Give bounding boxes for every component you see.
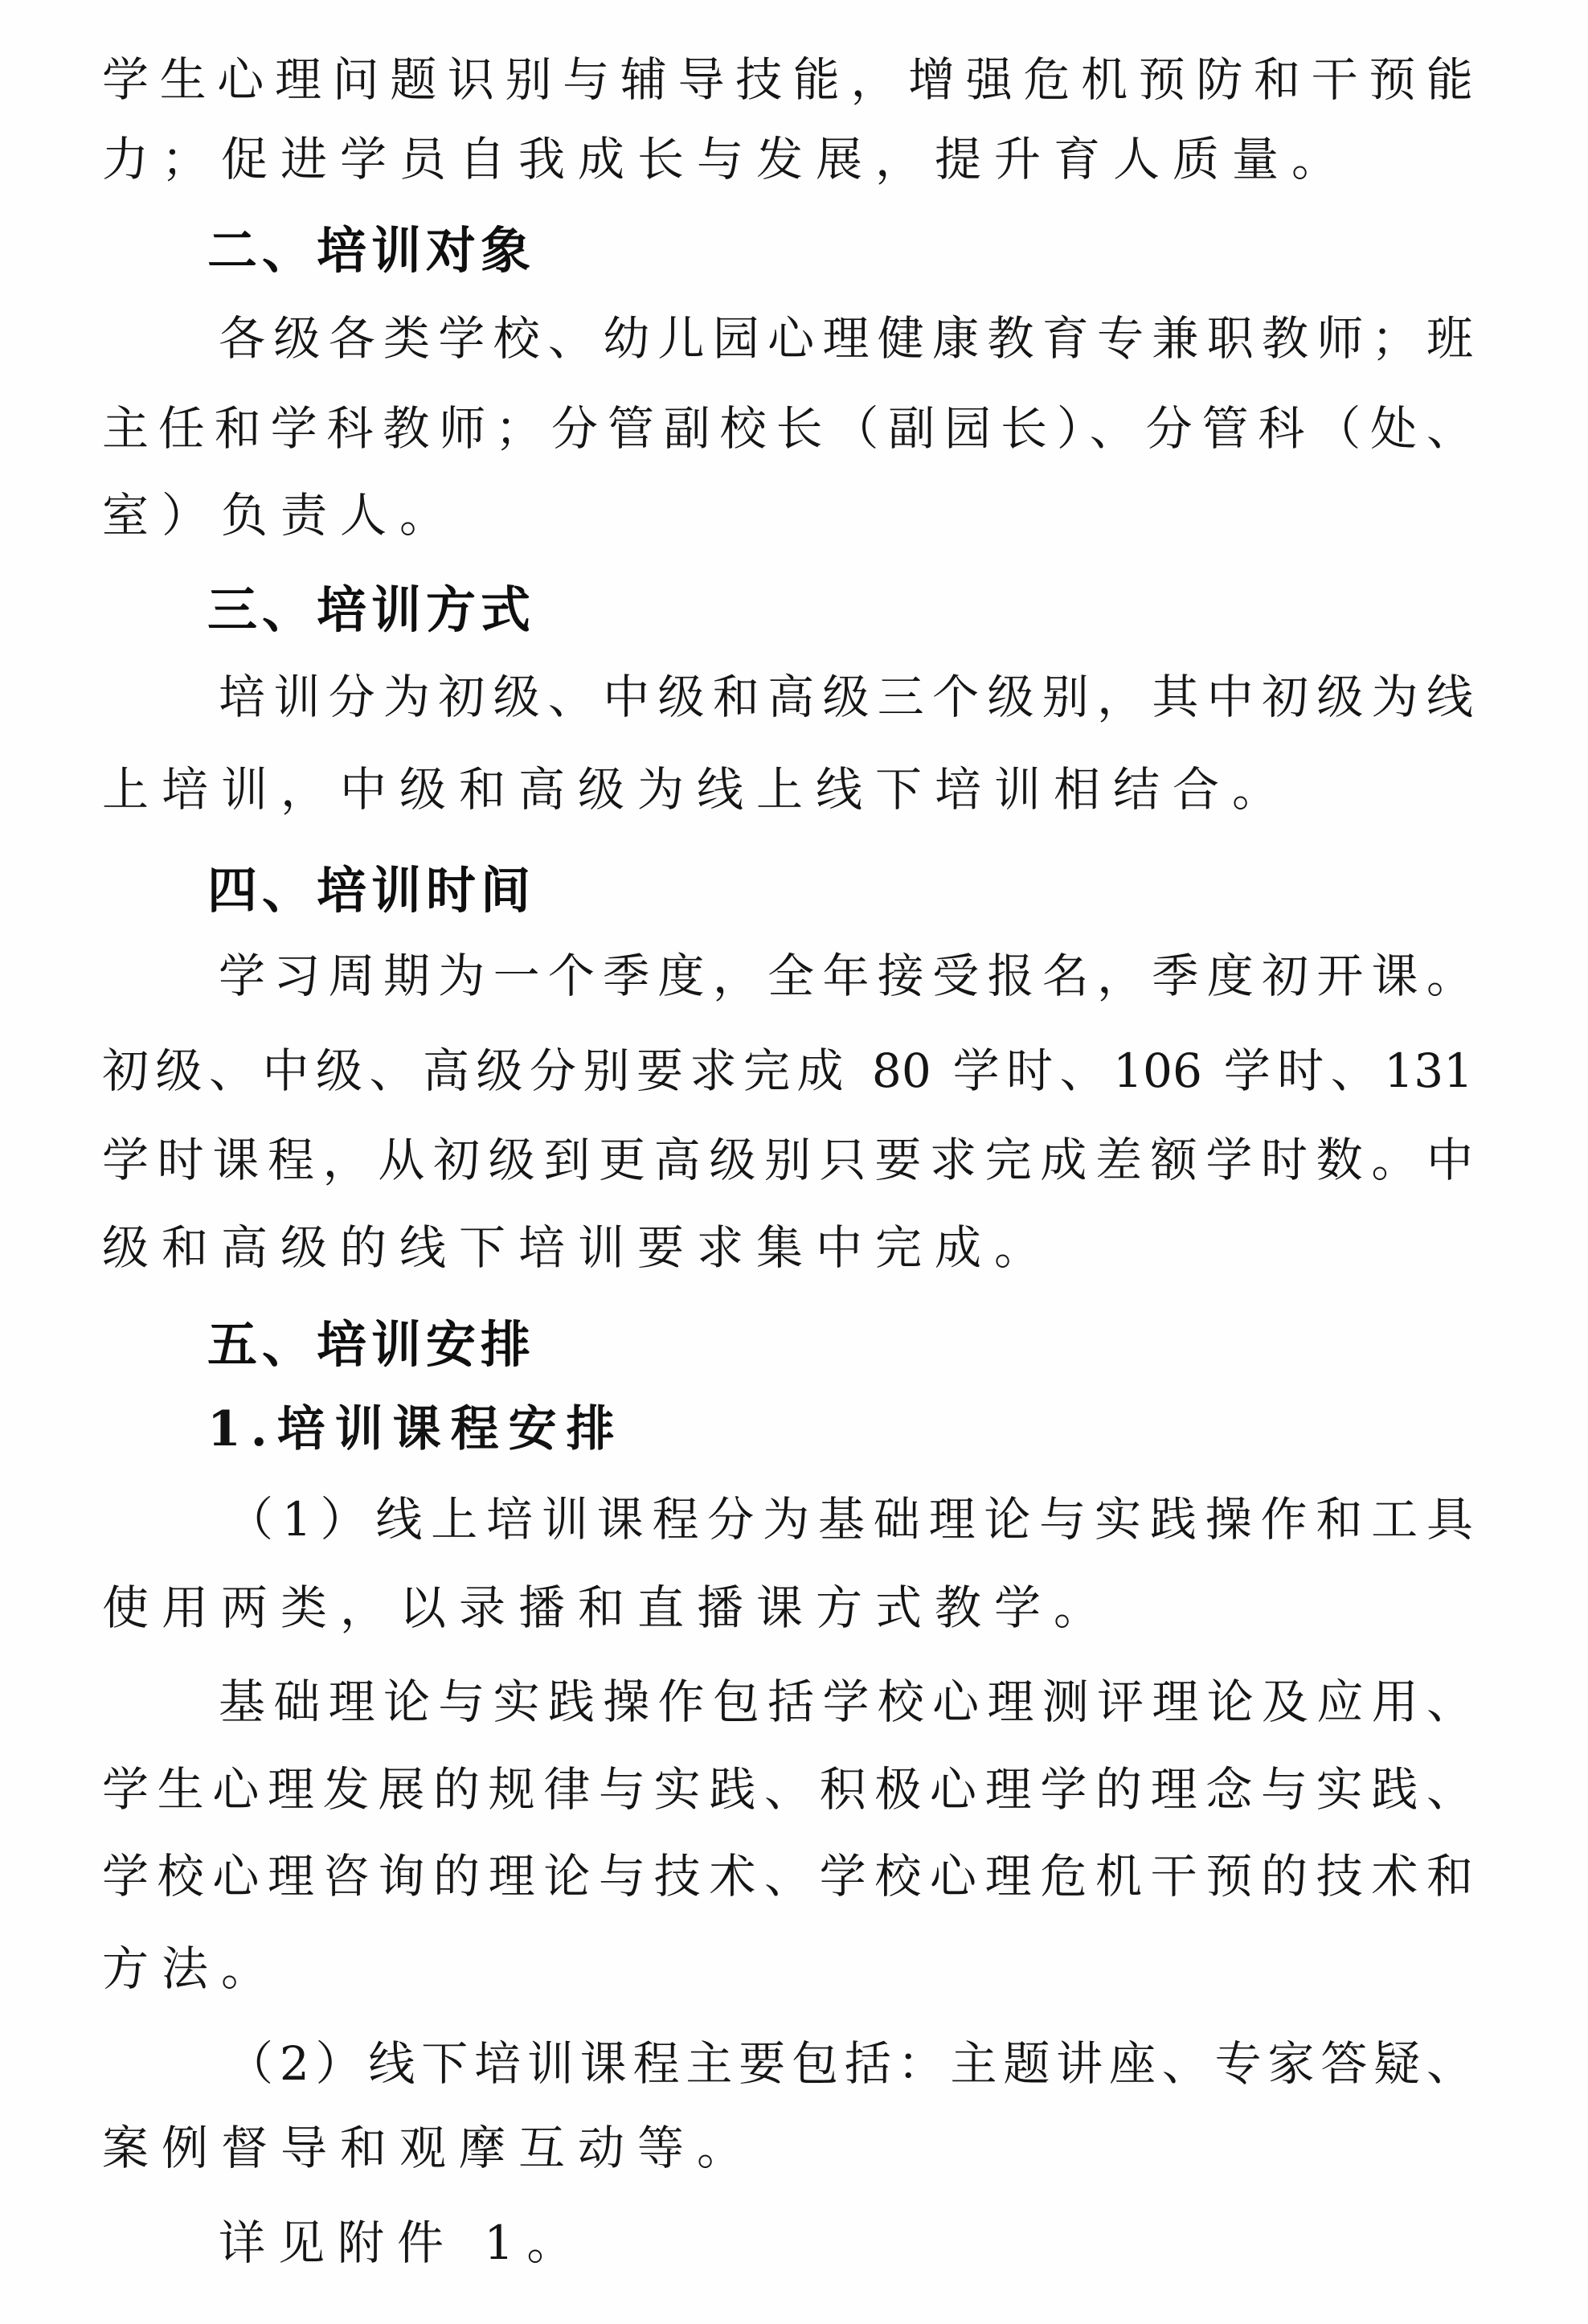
body-text-line: 各级各类学校、幼儿园心理健康教育专兼职教师；班 — [219, 306, 1473, 371]
body-text-line: 学时课程，从初级到更高级别只要求完成差额学时数。中 — [102, 1128, 1473, 1192]
body-text-line: 基础理论与实践操作包括学校心理测评理论及应用、 — [219, 1670, 1473, 1734]
body-text-line: 主任和学科教师；分管副校长（副园长）、分管科（处、 — [102, 396, 1473, 461]
body-text-line: 初级、中级、高级分别要求完成 80 学时、106 学时、131 — [102, 1039, 1473, 1103]
body-text-line: 上培训，中级和高级为线上线下培训相结合。 — [102, 757, 1291, 822]
section-heading-training-arrangement: 五、培训安排 — [207, 1313, 535, 1377]
body-text-line: （1）线上培训课程分为基础理论与实践操作和工具 — [227, 1487, 1473, 1551]
body-text-line: （2）线下培训课程主要包括：主题讲座、专家答疑、 — [227, 2031, 1473, 2096]
subheading-course-arrangement: 1.培训课程安排 — [207, 1397, 624, 1461]
section-heading-training-time: 四、培训时间 — [207, 859, 535, 923]
body-text-line: 力；促进学员自我成长与发展，提升育人质量。 — [102, 127, 1351, 191]
body-text-line: 学生心理发展的规律与实践、积极心理学的理念与实践、 — [102, 1757, 1473, 1822]
body-text-line: 级和高级的线下培训要求集中完成。 — [102, 1215, 1054, 1280]
body-text-line: 室）负责人。 — [102, 483, 459, 547]
body-text-line: 案例督导和观摩互动等。 — [102, 2116, 756, 2180]
body-text-line: 学生心理问题识别与辅导技能，增强危机预防和干预能 — [102, 47, 1473, 112]
body-text-line: 使用两类，以录播和直播课方式教学。 — [102, 1576, 1113, 1640]
body-text-line: 学习周期为一个季度，全年接受报名，季度初开课。 — [219, 944, 1473, 1008]
section-heading-training-targets: 二、培训对象 — [207, 219, 535, 283]
body-text-line: 方法。 — [102, 1937, 280, 2001]
document-page: 学生心理问题识别与辅导技能，增强危机预防和干预能 力；促进学员自我成长与发展，提… — [0, 0, 1588, 2324]
see-attachment-reference: 详见附件 1。 — [219, 2211, 586, 2275]
body-text-line: 学校心理咨询的理论与技术、学校心理危机干预的技术和 — [102, 1844, 1473, 1908]
body-text-line: 培训分为初级、中级和高级三个级别，其中初级为线 — [219, 665, 1473, 729]
section-heading-training-method: 三、培训方式 — [207, 578, 535, 642]
